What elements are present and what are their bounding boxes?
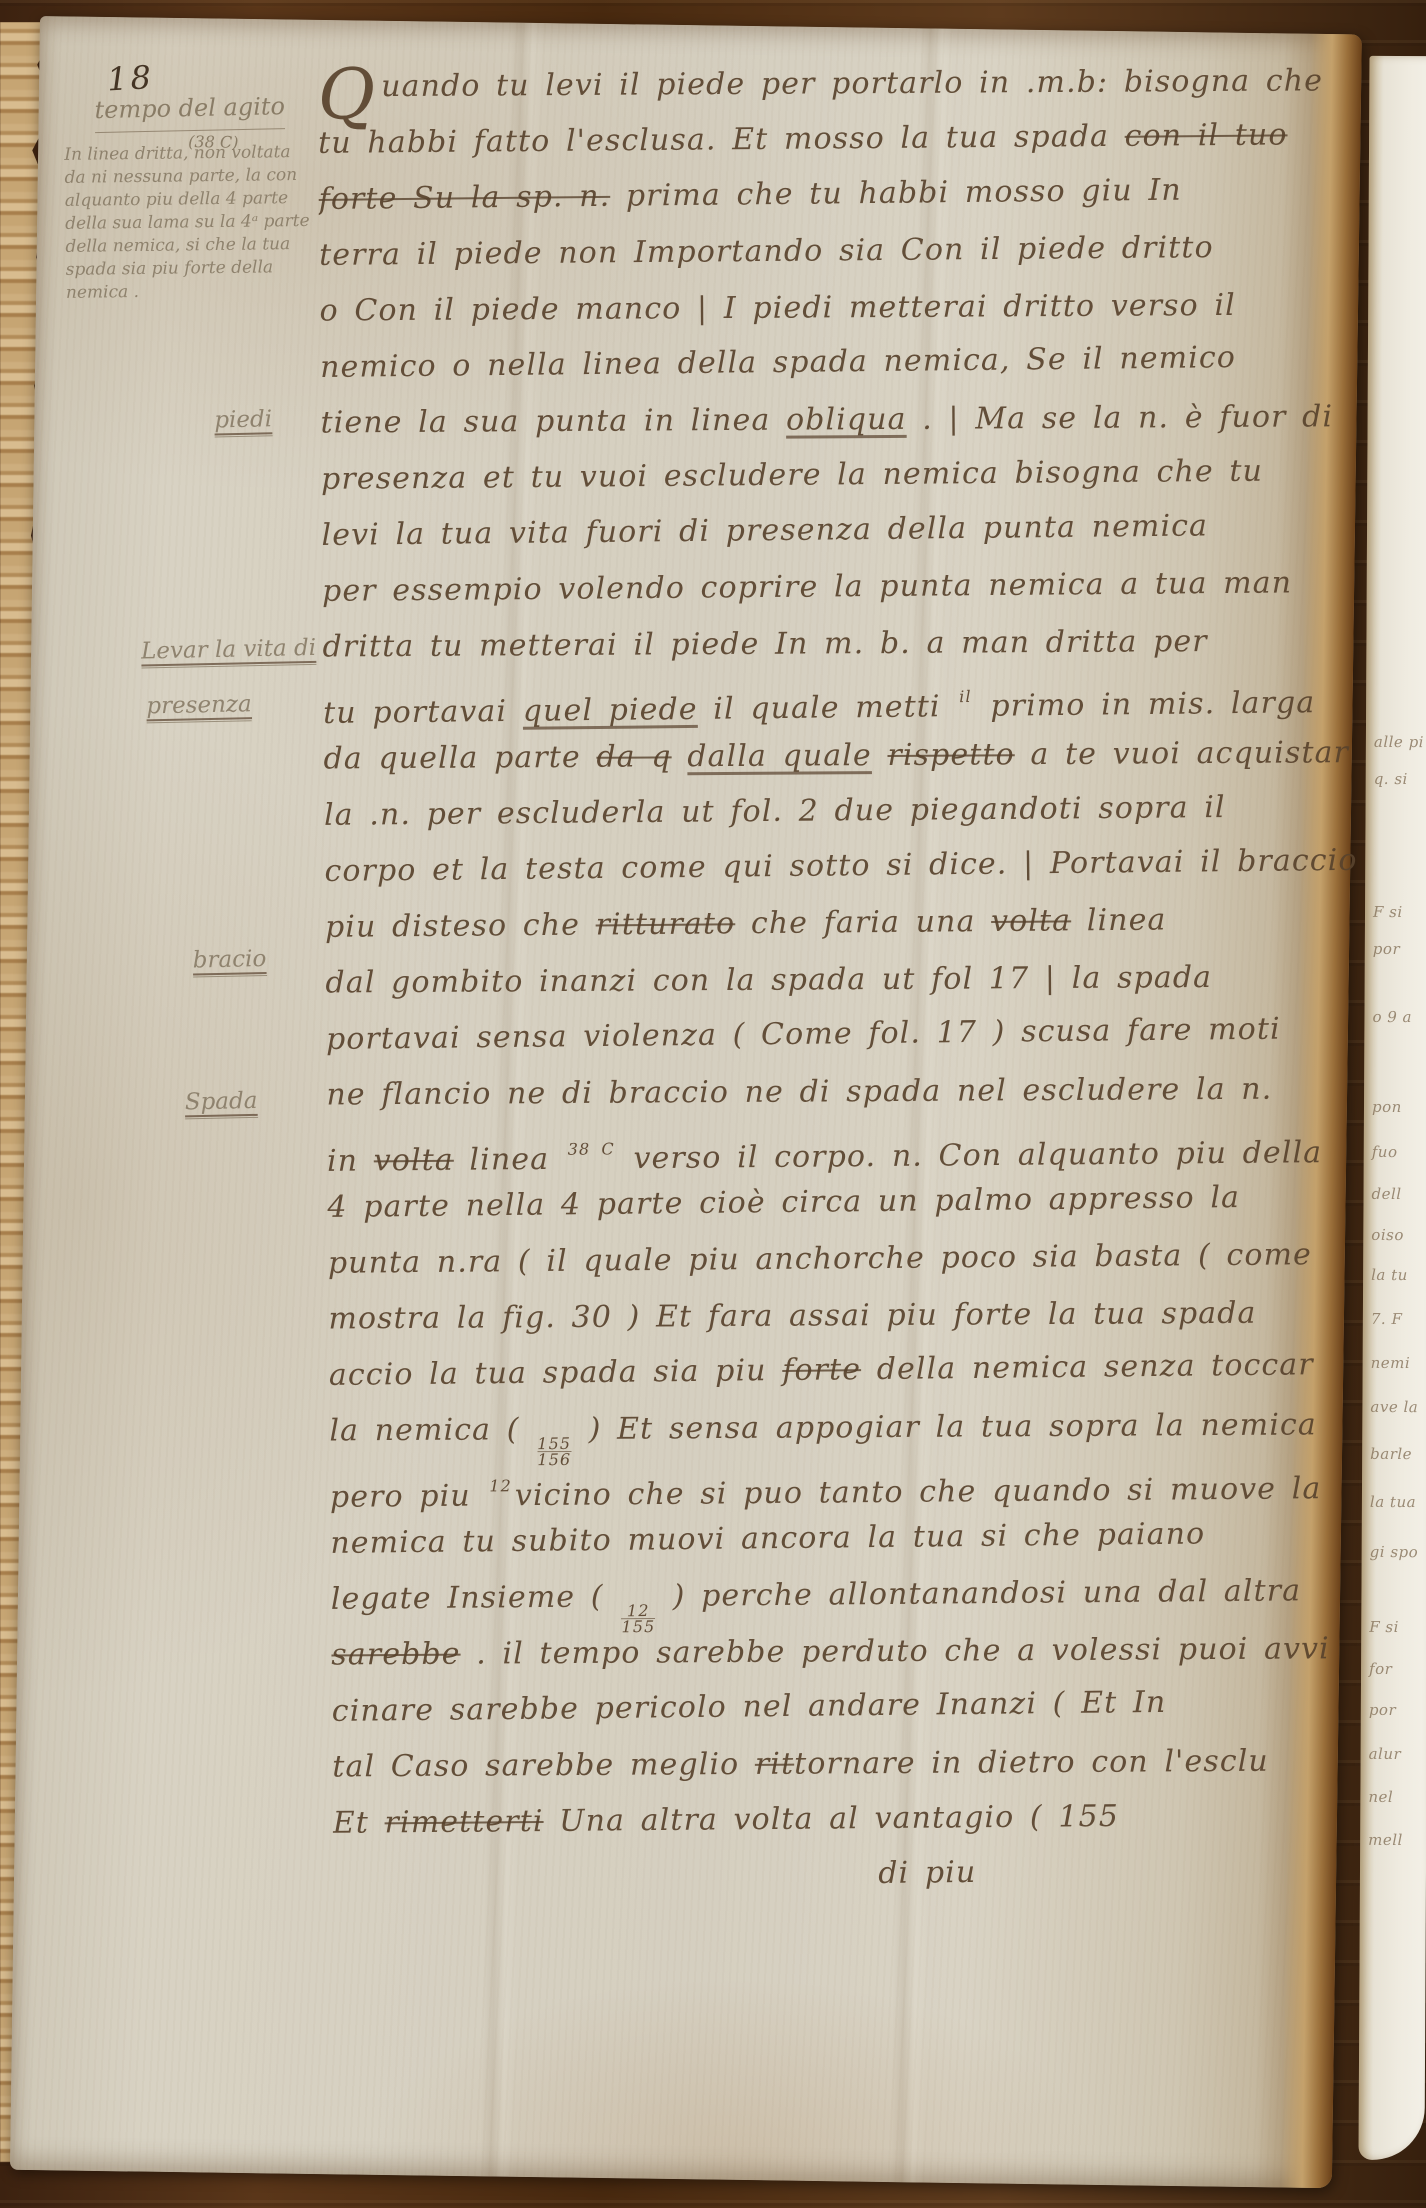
text-segment: Q <box>317 53 376 135</box>
next-page-fragment: la tu <box>1371 1266 1408 1284</box>
text-segment: nemica tu subito muovi ancora la tua si … <box>330 1516 1205 1560</box>
text-line: tiene la sua punta in linea obliqua . | … <box>320 389 1370 451</box>
margin-note-line: da ni nessuna parte, la con <box>64 164 332 190</box>
text-segment: 155156 <box>537 1436 571 1467</box>
text-segment: sarebbe <box>331 1637 460 1673</box>
text-segment: volta <box>991 903 1071 939</box>
text-segment: 12 <box>489 1476 512 1495</box>
text-segment: che faria una <box>735 904 991 941</box>
text-line: tu portavai quel piede il quale metti il… <box>323 665 1374 732</box>
text-segment: punta n.ra ( il quale piu anchorche poco… <box>328 1237 1312 1281</box>
text-segment: uando tu levi il piede per portarlo in .… <box>381 63 1323 104</box>
text-segment: la .n. per escluderla ut fol. 2 due pieg… <box>324 790 1226 833</box>
text-line: per essempio volendo coprire la punta ne… <box>322 555 1372 620</box>
text-segment: presenza et tu vuoi escludere la nemica … <box>321 454 1263 497</box>
next-page-fragment: barle <box>1370 1445 1412 1463</box>
text-segment: nemico o nella linea della spada nemica,… <box>320 340 1236 385</box>
text-segment: o Con il piede manco | I piedi metterai … <box>320 288 1236 329</box>
text-segment: quel piede <box>523 692 698 729</box>
text-segment: 38 C <box>568 1139 615 1158</box>
text-segment: tal Caso sarebbe meglio <box>332 1747 755 1785</box>
margin-note: In linea dritta, non voltatada ni nessun… <box>64 141 334 305</box>
text-segment: forte Su la sp. n. <box>318 179 610 217</box>
text-segment: il quale metti <box>697 689 956 727</box>
text-segment: dritta tu metterai il piede In m. b. a m… <box>322 624 1207 664</box>
text-line: tal Caso sarebbe meglio rittornare in di… <box>332 1733 1382 1795</box>
text-segment: piu disteso che <box>325 907 596 944</box>
text-line: la nemica ( 155156 ) Et sensa appogiar l… <box>329 1397 1379 1459</box>
text-line: levi la tua vita fuori di presenza della… <box>321 497 1372 564</box>
text-line: cinare sarebbe pericolo nel andare Inanz… <box>332 1673 1383 1740</box>
text-segment: da quella parte <box>323 740 596 777</box>
text-segment: dal gombito inanzi con la spada ut fol 1… <box>325 960 1212 1000</box>
text-segment: da q <box>596 739 671 774</box>
text-line: ne flancio ne di braccio ne di spada nel… <box>326 1061 1376 1123</box>
margin-note-line: In linea dritta, non voltata <box>64 141 332 167</box>
text-segment: portavai sensa violenza ( Come fol. 17 )… <box>326 1012 1281 1057</box>
text-line: legate Insieme ( 12155 ) perche allontan… <box>331 1563 1381 1628</box>
next-page-fragment: gi spo <box>1370 1543 1419 1561</box>
text-line: portavai sensa violenza ( Come fol. 17 )… <box>326 1001 1377 1068</box>
text-segment: il <box>959 687 972 706</box>
next-page-fragment: fuo <box>1372 1143 1398 1161</box>
next-page-fragment: la tua <box>1370 1493 1416 1511</box>
text-segment: obliqua <box>786 402 907 438</box>
photo-of-open-manuscript-book: 18 tempo del agito (38 C) In linea dritt… <box>0 0 1426 2208</box>
text-segment: ritturato <box>595 906 735 942</box>
text-segment: . il tempo sarebbe perduto che a volessi… <box>460 1631 1329 1671</box>
text-segment: rimetterti <box>384 1804 543 1840</box>
next-page-fragment: F si <box>1373 903 1403 921</box>
text-line: corpo et la testa come qui sotto si dice… <box>324 833 1375 900</box>
text-segment: terra il piede non Importando sia Con il… <box>319 230 1214 273</box>
text-segment: linea <box>1071 903 1167 939</box>
margin-keyword: Spada <box>185 1088 258 1120</box>
text-segment: in <box>327 1143 374 1178</box>
margin-keyword: bracio <box>193 946 267 978</box>
margin-note-line: della nemica, si che la tua <box>65 233 333 259</box>
next-page-fragment: alur <box>1369 1745 1402 1763</box>
text-line: nemico o nella linea della spada nemica,… <box>320 329 1371 396</box>
text-segment: dalla quale <box>687 738 872 774</box>
text-segment: a te vuoi acquistar <box>1015 735 1349 772</box>
next-page-fragment: nel <box>1368 1788 1393 1806</box>
text-line: nemica tu subito muovi ancora la tua si … <box>330 1505 1381 1572</box>
text-segment: di piu <box>878 1855 976 1891</box>
text-segment: primo in mis. larga <box>975 685 1316 724</box>
next-page-fragment: o 9 a <box>1372 1008 1412 1026</box>
next-page-fragment: 7. F <box>1371 1310 1403 1328</box>
next-page-fragment: por <box>1369 1701 1396 1719</box>
margin-note-line: spada sia piu forte della <box>66 256 334 282</box>
text-line: piu disteso che ritturato che faria una … <box>325 891 1375 956</box>
text-segment: volta <box>374 1143 454 1179</box>
text-segment: prima che tu habbi mosso giu In <box>610 173 1182 214</box>
text-segment: 4 parte nella 4 parte cioè circa un palm… <box>327 1180 1240 1225</box>
text-line: da quella parte da q dalla quale rispett… <box>323 725 1373 787</box>
text-segment: con il tuo <box>1125 117 1288 153</box>
text-segment: rispetto <box>887 737 1014 773</box>
next-page-fragment: nemi <box>1371 1354 1411 1372</box>
text-segment: cinare sarebbe pericolo nel andare Inanz… <box>332 1685 1167 1729</box>
text-segment: linea <box>454 1142 565 1178</box>
text-segment: corpo et la testa come qui sotto si dice… <box>324 843 1357 889</box>
next-page-fragment: F si <box>1369 1618 1399 1636</box>
text-segment: della nemica senza toccar <box>861 1347 1314 1387</box>
next-page-fragment: alle pi <box>1374 733 1424 751</box>
next-page-fragment: for <box>1369 1660 1392 1678</box>
next-page-fragment: dell <box>1372 1185 1402 1203</box>
margin-note-line: nemica . <box>66 279 334 305</box>
margin-heading: tempo del agito <box>94 92 285 133</box>
text-line: accio la tua spada sia piu forte della n… <box>329 1337 1380 1404</box>
manuscript-page: 18 tempo del agito (38 C) In linea dritt… <box>10 16 1362 2188</box>
text-segment: accio la tua spada sia piu <box>329 1353 783 1393</box>
next-page-fragment: por <box>1373 940 1400 958</box>
margin-keywords: piediLevar la vita dipresenzabracioSpada <box>40 16 1362 34</box>
text-segment: per essempio volendo coprire la punta ne… <box>322 565 1292 608</box>
text-segment: legate Insieme ( <box>331 1579 620 1617</box>
text-line: 4 parte nella 4 parte cioè circa un palm… <box>327 1169 1378 1236</box>
margin-note-line: alquanto piu della 4 parte <box>65 187 333 213</box>
text-segment: forte <box>782 1352 861 1388</box>
text-segment: tornare in dietro con l'esclu <box>794 1744 1269 1782</box>
text-segment <box>872 738 888 773</box>
text-segment: mostra la fig. 30 ) Et fara assai piu fo… <box>328 1296 1256 1337</box>
next-page-fragment: q. si <box>1374 770 1408 788</box>
text-segment: Et <box>333 1805 385 1840</box>
text-segment: ) perche allontanandosi una dal altra <box>657 1573 1301 1614</box>
text-segment: la nemica ( <box>329 1412 535 1448</box>
next-page-fragment: ave la <box>1370 1398 1418 1416</box>
text-segment: tiene la sua punta in linea <box>320 403 786 441</box>
text-line: di piu <box>333 1841 1384 1908</box>
text-segment: . | Ma se la n. è fuor di <box>906 399 1333 437</box>
text-segment: tu portavai <box>323 694 523 731</box>
text-segment: levi la tua vita fuori di presenza della… <box>321 508 1208 553</box>
text-segment: ) Et sensa appogiar la tua sopra la nemi… <box>573 1407 1317 1447</box>
text-segment: ne flancio ne di braccio ne di spada nel… <box>326 1072 1272 1113</box>
margin-keyword: Levar la vita di <box>141 635 317 669</box>
margin-note-line: della sua lama su la 4ᵃ parte <box>65 210 333 236</box>
text-segment: rit <box>755 1747 795 1782</box>
text-line: Quando tu levi il piede per portarlo in … <box>317 53 1367 115</box>
next-page-sliver: alle piq. siF siporo 9 aponfuodelloisola… <box>1358 56 1426 2160</box>
text-segment: pero piu <box>330 1478 487 1514</box>
text-segment: Una altra volta al vantagio ( 155 <box>543 1799 1119 1839</box>
text-segment <box>672 739 688 774</box>
margin-keyword: piedi <box>214 406 272 437</box>
next-page-fragment: oiso <box>1371 1226 1404 1244</box>
text-segment: tu habbi fatto l'esclusa. Et mosso la tu… <box>318 119 1125 161</box>
text-line: forte Su la sp. n. prima che tu habbi mo… <box>318 161 1369 228</box>
page-number: 18 <box>106 58 155 99</box>
main-text-block: Quando tu levi il piede per portarlo in … <box>317 51 1383 1950</box>
text-line: terra il piede non Importando sia Con il… <box>319 219 1369 284</box>
text-line: punta n.ra ( il quale piu anchorche poco… <box>328 1227 1378 1292</box>
margin-keyword: presenza <box>146 691 252 723</box>
next-page-fragment: mell <box>1368 1831 1403 1849</box>
next-page-fragment: pon <box>1372 1098 1402 1116</box>
